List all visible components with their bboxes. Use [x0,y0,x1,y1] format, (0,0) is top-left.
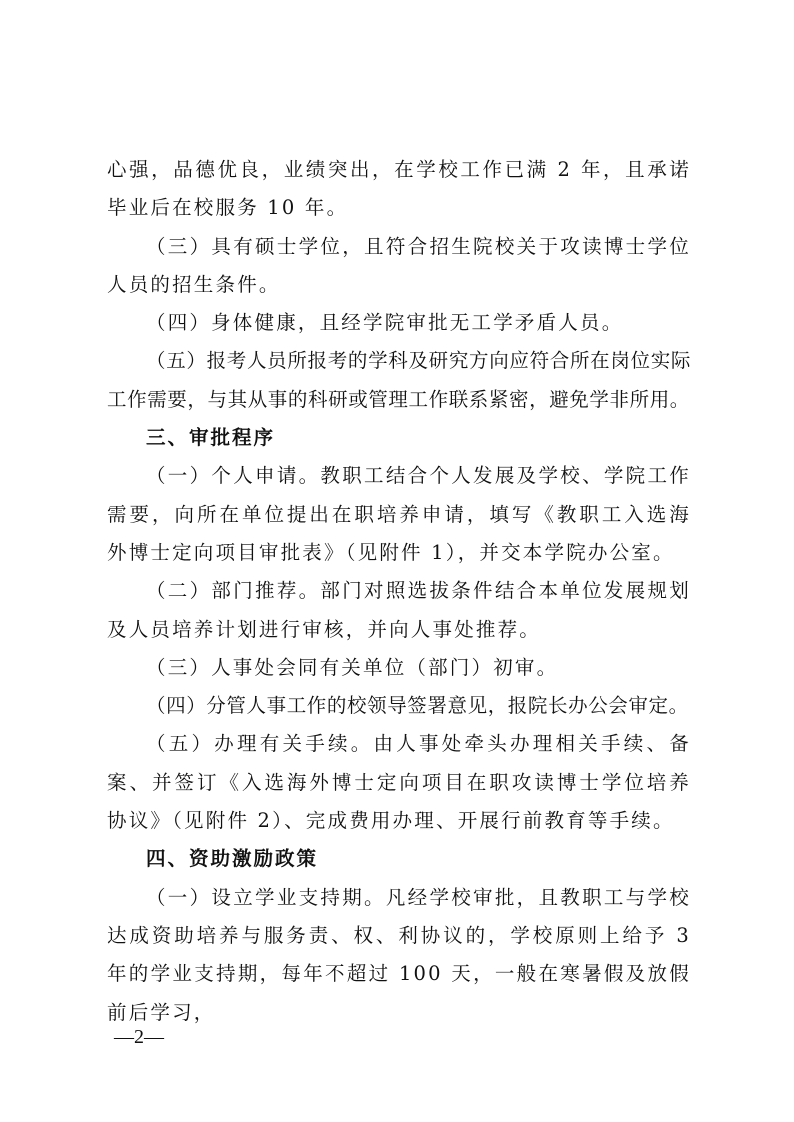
paragraph-procedure-5: （五）办理有关手续。由人事处牵头办理相关手续、备案、并签订《入选海外博士定向项目… [107,725,691,840]
document-page: 心强，品德优良，业绩突出，在学校工作已满 2 年，且承诺毕业后在校服务 10 年… [0,0,794,1122]
paragraph-procedure-3: （三）人事处会同有关单位（部门）初审。 [107,649,691,687]
paragraph-continuation: 心强，品德优良，业绩突出，在学校工作已满 2 年，且承诺毕业后在校服务 10 年… [107,151,691,228]
section-heading-approval-procedure: 三、审批程序 [107,419,691,457]
paragraph-procedure-1: （一）个人申请。教职工结合个人发展及学校、学院工作需要，向所在单位提出在职培养申… [107,457,691,572]
paragraph-policy-1: （一）设立学业支持期。凡经学校审批，且教职工与学校达成资助培养与服务责、权、利协… [107,879,691,1032]
paragraph-procedure-2: （二）部门推荐。部门对照选拔条件结合本单位发展规划及人员培养计划进行审核，并向人… [107,572,691,649]
paragraph-procedure-4: （四）分管人事工作的校领导签署意见，报院长办公会审定。 [107,687,691,725]
page-number: —2— [114,1026,164,1049]
document-body: 心强，品德优良，业绩突出，在学校工作已满 2 年，且承诺毕业后在校服务 10 年… [107,151,691,1032]
paragraph-item-5: （五）报考人员所报考的学科及研究方向应符合所在岗位实际工作需要，与其从事的科研或… [107,342,691,419]
paragraph-item-4: （四）身体健康，且经学院审批无工学矛盾人员。 [107,304,691,342]
section-heading-funding-policy: 四、资助激励政策 [107,840,691,878]
paragraph-item-3: （三）具有硕士学位，且符合招生院校关于攻读博士学位人员的招生条件。 [107,228,691,305]
